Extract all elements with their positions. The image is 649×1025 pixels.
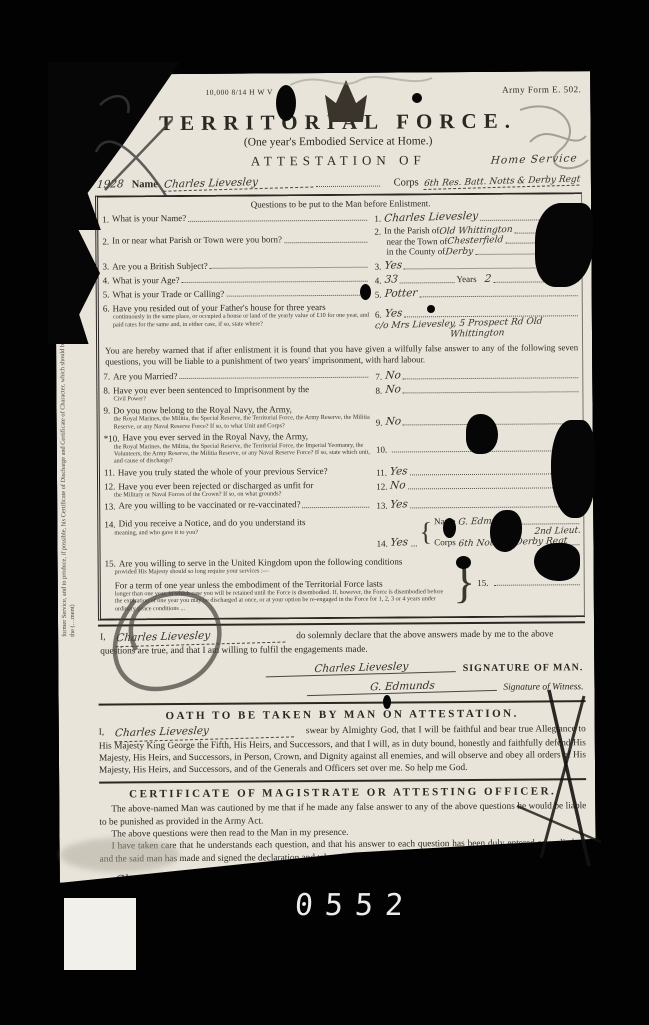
q-text: Have you ever been rejected or discharge… — [118, 480, 313, 492]
question-row-6: 6.Have you resided out of your Father's … — [103, 300, 580, 341]
print-codes-row: (8 58 47) 10,000 8/14 H W V Army Form E.… — [94, 84, 581, 97]
answer-handwriting: Yes — [389, 465, 408, 478]
attestation-of-label: ATTESTATION OF — [251, 152, 426, 168]
leader-dots — [400, 282, 455, 283]
ink-dot-q4 — [427, 305, 435, 313]
questions-heading: Questions to be put to the Man before En… — [102, 197, 579, 210]
oath-i-label: I, — [99, 727, 104, 737]
brace-glyph: } — [453, 564, 475, 601]
certificate-p1: The above-named Man was cautioned by me … — [99, 801, 586, 829]
attestation-form-page: (8 58 47) 10,000 8/14 H W V Army Form E.… — [54, 71, 596, 883]
q-text: Have you truly stated the whole of your … — [118, 465, 328, 477]
q-num: 3. — [102, 262, 109, 272]
question-row-15: 15.Are you willing to serve in the Unite… — [105, 555, 582, 613]
q-text: In or near what Parish or Town were you … — [112, 234, 282, 246]
q-text: Have you ever been sentenced to Imprison… — [113, 384, 309, 396]
notice-corps-label: Corps — [434, 537, 456, 548]
place-handwriting: Chesterfield — [115, 869, 246, 888]
leader-dots — [419, 295, 578, 297]
answer-printed-label: in the County of — [387, 246, 446, 257]
q-text: Did you receive a Notice, and do you und… — [119, 518, 306, 530]
leader-dots — [284, 241, 367, 243]
answer-handwriting: No — [385, 369, 402, 381]
answer-handwriting: Yes — [384, 259, 403, 272]
answer-handwriting: Chesterfield — [447, 235, 504, 247]
answer-handwriting: Derby — [445, 246, 474, 257]
ink-blot-right-2 — [551, 420, 595, 518]
leader-dots — [493, 281, 548, 282]
question-row-4: 4.What is your Age? 4.33Years2Months. — [103, 272, 580, 287]
smudge-bottom-left — [60, 838, 180, 872]
leader-dots — [410, 507, 579, 509]
answer-printed-label: near the Town of — [386, 236, 447, 247]
ink-blot-q9 — [466, 414, 498, 454]
leader-dots — [182, 281, 368, 283]
ink-dot-q15-b — [443, 518, 456, 538]
q-small-print: Civil Power? — [103, 394, 370, 403]
a-num: 8. — [375, 385, 382, 395]
q-text: What is your Trade or Calling? — [112, 289, 224, 300]
questions-section: Questions to be put to the Man before En… — [95, 192, 585, 620]
oath-text: I, Charles Lievesley swear by Almighty G… — [99, 722, 586, 777]
a-num: 1. — [374, 214, 381, 224]
leader-dots — [404, 315, 578, 317]
a-num: 13. — [376, 501, 387, 511]
man-signature-handwriting: Charles Lievesley — [266, 659, 457, 677]
q-text: Have you ever served in the Royal Navy, … — [122, 431, 308, 443]
leader-dots — [226, 295, 368, 297]
answer-handwriting: Yes — [390, 536, 409, 549]
q-num: 12. — [104, 482, 115, 492]
oath-name-handwriting: Charles Lievesley — [114, 722, 295, 742]
q-num: 8. — [103, 386, 110, 396]
form-number: Army Form E. 502. — [502, 84, 581, 95]
a-num: 5. — [375, 289, 382, 299]
number-name-corps-line: 1928 Name Charles Lievesley Corps 6th Re… — [95, 174, 582, 190]
question-row-5: 5.What is your Trade or Calling? 5.Potte… — [103, 286, 580, 301]
witness-signature-row: G. Edmunds Signature of Witness. — [100, 679, 583, 695]
answer-handwriting: Yes — [390, 499, 409, 512]
certificate-section: CERTIFICATE OF MAGISTRATE OR ATTESTING O… — [99, 779, 587, 906]
a-num: 9. — [376, 417, 383, 427]
microfilm-scan-background: (8 58 47) 10,000 8/14 H W V Army Form E.… — [0, 0, 649, 1025]
question-row-10: *10.Have you ever served in the Royal Na… — [104, 429, 581, 465]
leader-dots — [316, 186, 380, 187]
oath-heading: OATH TO BE TAKEN BY MAN ON ATTESTATION. — [99, 707, 586, 722]
leader-dots — [180, 377, 369, 379]
ink-dot-header — [412, 93, 422, 103]
q-num: 6. — [103, 304, 110, 314]
answer-handwriting: No — [385, 415, 402, 427]
q-num: 1. — [102, 214, 109, 224]
name-handwriting: Charles Lievesley — [163, 174, 314, 191]
a-num: 6. — [375, 309, 382, 319]
a-num: 11. — [376, 467, 387, 477]
certificate-heading: CERTIFICATE OF MAGISTRATE OR ATTESTING O… — [99, 786, 586, 801]
question-row-3: 3.Are you a British Subject? 3.Yes — [102, 258, 579, 273]
attestation-annotation-handwriting: Home Service — [490, 152, 578, 166]
day-handwriting: 17 — [284, 872, 315, 886]
ink-dot-q15-c — [456, 556, 471, 569]
q-num: 15. — [105, 559, 116, 569]
question-row-9: 9.Do you now belong to the Royal Navy, t… — [103, 402, 580, 431]
q-small-print: the Royal Marines, the Militia, the Spec… — [104, 414, 371, 430]
q-text: Are you a British Subject? — [112, 261, 208, 272]
leader-dots — [403, 391, 579, 393]
leader-dots — [188, 219, 367, 221]
brace-glyph: { — [420, 522, 433, 543]
left-margin-note: former Service, and to produce, if possi… — [59, 305, 77, 637]
ink-blot-header — [276, 85, 296, 121]
q-text: What is your Name? — [112, 213, 186, 224]
man-signature-label: SIGNATURE OF MAN. — [463, 662, 584, 674]
answer-address-handwriting-2: Whittington — [450, 328, 505, 340]
q-small-print: provided His Majesty should so long requ… — [105, 566, 448, 576]
answer-handwriting: Charles Lievesley — [383, 210, 478, 225]
regimental-number-handwriting: 1928 — [96, 178, 124, 191]
answer-handwriting: Potter — [384, 287, 418, 300]
name-label: Name — [132, 179, 158, 190]
declaration-section: I, Charles Lievesley do solemnly declare… — [98, 621, 585, 697]
q-num: 14. — [104, 519, 115, 529]
years-label: Years — [456, 274, 476, 285]
q-num: 4. — [103, 276, 110, 286]
q-text: What is your Age? — [112, 275, 179, 286]
microfilm-frame-number: 0552 — [239, 888, 471, 923]
question-row-8: 8.Have you ever been sentenced to Impris… — [103, 382, 580, 403]
a-num: 7. — [375, 371, 382, 381]
leader-dots — [210, 267, 368, 269]
on-this-label: on this — [253, 875, 279, 885]
answer-printed-label: In the Parish of — [384, 225, 439, 236]
place-prefix: at — [100, 876, 107, 886]
a-num: 14. — [377, 538, 388, 548]
form-content: (8 58 47) 10,000 8/14 H W V Army Form E.… — [54, 71, 596, 883]
q-small-print: the Military or Naval Forces of the Crow… — [104, 490, 371, 499]
oath-section: OATH TO BE TAKEN BY MAN ON ATTESTATION. … — [99, 700, 587, 777]
q-small-print: continuously in the same place, or occup… — [103, 312, 370, 328]
q-small-print-2: longer than one year, in which case you … — [105, 588, 449, 612]
answer-handwriting: No — [385, 383, 402, 395]
q-small-print: the Royal Marines, the Militia, the Spec… — [104, 441, 371, 465]
q-num: *10. — [104, 433, 120, 443]
corps-label: Corps — [394, 177, 419, 188]
form-subtitle: (One year's Embodied Service at Home.) — [95, 134, 582, 149]
a-num: 4. — [375, 275, 382, 285]
a-num: 15. — [477, 578, 488, 588]
month-handwriting: October — [352, 870, 463, 886]
q-num: 9. — [103, 406, 110, 416]
age-months-handwriting: 2 — [484, 273, 492, 285]
q-num: 5. — [103, 290, 110, 300]
question-row-1: 1.What is your Name? 1.Charles Lievesley — [102, 210, 579, 225]
declaration-i-label: I, — [100, 633, 105, 643]
a-num: 2. — [374, 226, 381, 236]
question-row-12: 12.Have you ever been rejected or discha… — [104, 478, 581, 499]
a-num: 12. — [376, 481, 387, 491]
declaration-name-handwriting: Charles Lievesley — [115, 628, 286, 647]
day-of-label: day of — [321, 875, 345, 885]
print-code-center: 10,000 8/14 H W V — [205, 87, 273, 96]
place-date-line: at Chesterfield on this 17 day of Octobe… — [100, 868, 587, 886]
leader-dots — [403, 377, 579, 379]
q-num: 7. — [103, 372, 110, 382]
question-row-2: 2.In or near what Parish or Town were yo… — [102, 224, 579, 259]
answer-handwriting: Yes — [384, 307, 403, 320]
answer-handwriting: No — [390, 479, 407, 491]
leader-dots — [303, 507, 370, 508]
q-small-print: meaning, and who gave it to you? — [104, 528, 371, 537]
footer-line-2: The Recruit should, if he require it, re… — [100, 928, 587, 940]
q-text: Are you Married? — [113, 371, 178, 382]
a-num: 10. — [376, 445, 387, 455]
q-text: Are you willing to be vaccinated or re-v… — [118, 500, 300, 512]
footer-annotation-handwriting: 6th N&D/14 — [527, 913, 583, 931]
justice-signature-handwriting: G. Edmunds — [466, 885, 587, 904]
notice-rank-handwriting: 2nd Lieut. — [534, 526, 582, 537]
q-num: 2. — [102, 236, 109, 246]
year-handwriting: 4 — [484, 872, 492, 884]
corps-handwriting: 6th Res. Batt. Notts & Derby Regt — [423, 175, 580, 190]
question-row-11: 11.Have you truly stated the whole of yo… — [104, 464, 581, 479]
ink-blot-right-1 — [535, 203, 593, 287]
declaration-text: I, Charles Lievesley do solemnly declare… — [100, 627, 583, 657]
a-num: 3. — [375, 261, 382, 271]
ink-blot-right-3 — [534, 543, 580, 581]
q-num: 13. — [104, 501, 115, 511]
witness-signature-handwriting: G. Edmunds — [307, 678, 498, 696]
ink-dot-q3 — [360, 284, 371, 300]
man-signature-row: Charles Lievesley SIGNATURE OF MAN. — [100, 660, 583, 676]
question-row-7: 7.Are you Married? 7.No — [103, 368, 580, 383]
attestation-of-line: ATTESTATION OF Home Service — [95, 151, 582, 170]
age-years-handwriting: 33 — [384, 273, 399, 285]
leader-dots — [516, 523, 579, 524]
q-num: 11. — [104, 468, 115, 478]
ink-dot-oath — [383, 695, 391, 709]
year-printed: 191 — [471, 874, 485, 884]
witness-signature-label: Signature of Witness. — [503, 682, 583, 693]
leader-dots — [494, 584, 580, 586]
false-answer-warning: You are hereby warned that if after enli… — [105, 342, 578, 367]
microfilm-blip-rectangle — [64, 898, 136, 970]
